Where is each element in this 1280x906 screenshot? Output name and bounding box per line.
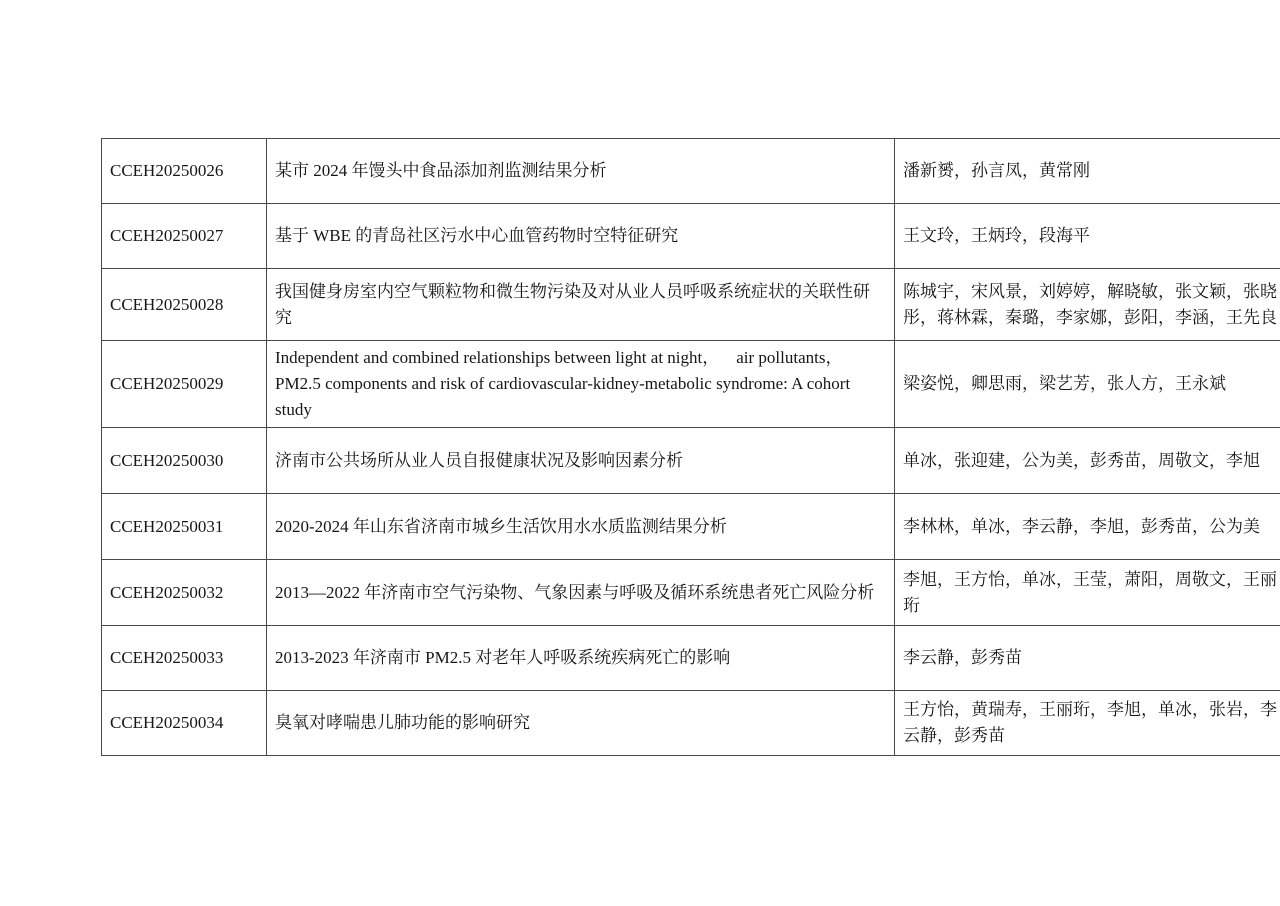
paper-title-cell: 2013—2022 年济南市空气污染物、气象因素与呼吸及循环系统患者死亡风险分析 [267, 560, 895, 626]
paper-authors-cell: 王文玲，王炳玲，段海平 [895, 204, 1280, 269]
paper-id-cell: CCEH20250028 [102, 269, 267, 341]
paper-title-cell: 2013-2023 年济南市 PM2.5 对老年人呼吸系统疾病死亡的影响 [267, 626, 895, 691]
table-row: CCEH20250032 2013—2022 年济南市空气污染物、气象因素与呼吸… [102, 560, 1280, 626]
paper-authors-cell: 单冰，张迎建，公为美，彭秀苗，周敬文，李旭 [895, 428, 1280, 494]
paper-authors-cell: 潘新赟，孙言凤，黄常刚 [895, 139, 1280, 204]
table-row: CCEH20250027 基于 WBE 的青岛社区污水中心血管药物时空特征研究 … [102, 204, 1280, 269]
table-row: CCEH20250033 2013-2023 年济南市 PM2.5 对老年人呼吸… [102, 626, 1280, 691]
papers-table: CCEH20250026 某市 2024 年馒头中食品添加剂监测结果分析 潘新赟… [101, 138, 1280, 756]
paper-title-cell: Independent and combined relationships b… [267, 341, 895, 428]
table-row: CCEH20250026 某市 2024 年馒头中食品添加剂监测结果分析 潘新赟… [102, 139, 1280, 204]
table-row: CCEH20250029 Independent and combined re… [102, 341, 1280, 428]
paper-title-cell: 2020-2024 年山东省济南市城乡生活饮用水水质监测结果分析 [267, 494, 895, 560]
paper-title-cell: 臭氧对哮喘患儿肺功能的影响研究 [267, 691, 895, 756]
paper-id-cell: CCEH20250033 [102, 626, 267, 691]
paper-id-cell: CCEH20250026 [102, 139, 267, 204]
paper-authors-cell: 李云静，彭秀苗 [895, 626, 1280, 691]
paper-id-cell: CCEH20250030 [102, 428, 267, 494]
paper-authors-cell: 王方怡，黄瑞寿，王丽珩，李旭，单冰，张岩，李云静，彭秀苗 [895, 691, 1280, 756]
paper-authors-cell: 陈城宇，宋风景，刘婷婷，解晓敏，张文颖，张晓彤，蒋林霖，秦璐，李家娜，彭阳，李涵… [895, 269, 1280, 341]
paper-id-cell: CCEH20250031 [102, 494, 267, 560]
paper-title-cell: 我国健身房室内空气颗粒物和微生物污染及对从业人员呼吸系统症状的关联性研究 [267, 269, 895, 341]
table-row: CCEH20250031 2020-2024 年山东省济南市城乡生活饮用水水质监… [102, 494, 1280, 560]
paper-id-cell: CCEH20250034 [102, 691, 267, 756]
paper-title-cell: 某市 2024 年馒头中食品添加剂监测结果分析 [267, 139, 895, 204]
table-row: CCEH20250028 我国健身房室内空气颗粒物和微生物污染及对从业人员呼吸系… [102, 269, 1280, 341]
paper-authors-cell: 李林林，单冰，李云静，李旭，彭秀苗，公为美 [895, 494, 1280, 560]
paper-id-cell: CCEH20250027 [102, 204, 267, 269]
paper-title-cell: 基于 WBE 的青岛社区污水中心血管药物时空特征研究 [267, 204, 895, 269]
paper-id-cell: CCEH20250032 [102, 560, 267, 626]
table-row: CCEH20250034 臭氧对哮喘患儿肺功能的影响研究 王方怡，黄瑞寿，王丽珩… [102, 691, 1280, 756]
table-row: CCEH20250030 济南市公共场所从业人员自报健康状况及影响因素分析 单冰… [102, 428, 1280, 494]
paper-authors-cell: 梁姿悦，卿思雨，梁艺芳，张人方，王永斌 [895, 341, 1280, 428]
paper-id-cell: CCEH20250029 [102, 341, 267, 428]
document-page: CCEH20250026 某市 2024 年馒头中食品添加剂监测结果分析 潘新赟… [0, 0, 1280, 906]
paper-title-cell: 济南市公共场所从业人员自报健康状况及影响因素分析 [267, 428, 895, 494]
paper-authors-cell: 李旭，王方怡，单冰，王莹，萧阳，周敬文，王丽珩 [895, 560, 1280, 626]
